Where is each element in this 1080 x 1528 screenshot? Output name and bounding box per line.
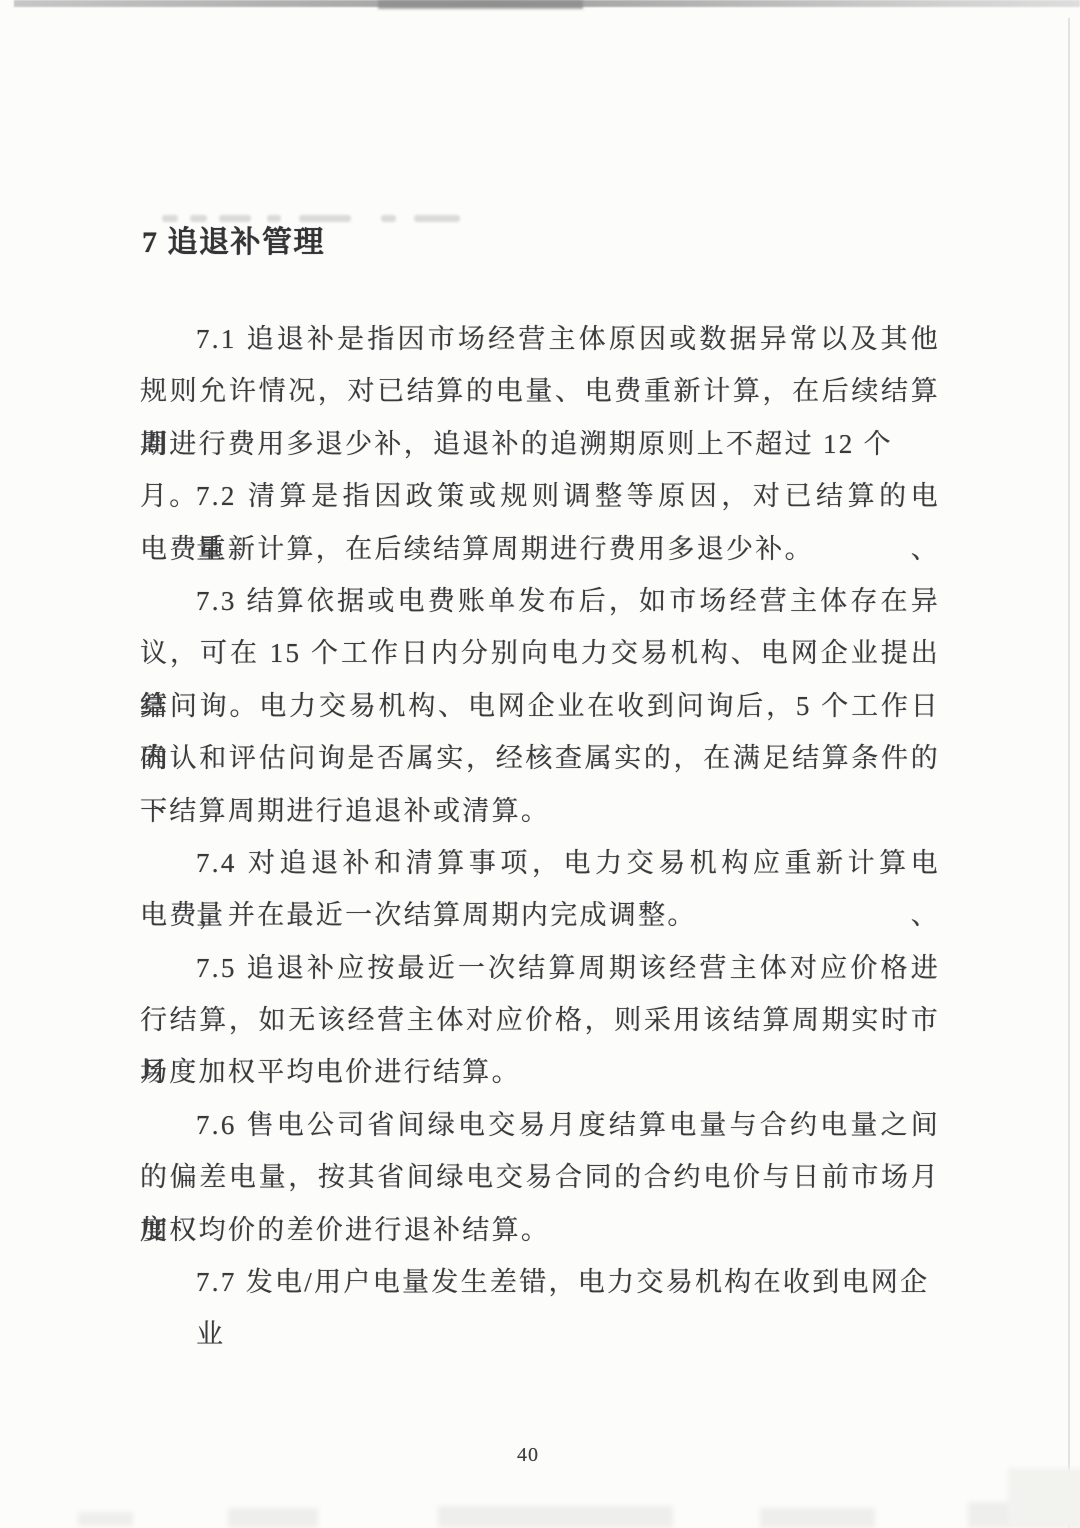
ink-bleed-artifact	[299, 215, 351, 222]
paragraph-7-6: 7.6 售电公司省间绿电交易月度结算电量与合约电量之间 的偏差电量，按其省间绿电…	[140, 1099, 940, 1256]
text-line: 7.4 对追退补和清算事项，电力交易机构应重新计算电量、	[140, 837, 940, 889]
scan-smudge-artifact	[228, 1508, 318, 1528]
text-line: 7.7 发电/用户电量发生差错，电力交易机构在收到电网企业	[140, 1256, 940, 1308]
page-number: 40	[0, 1444, 1056, 1467]
text-line: 算问询。电力交易机构、电网企业在收到问询后，5 个工作日内	[140, 680, 940, 732]
paragraph-7-3: 7.3 结算依据或电费账单发布后，如市场经营主体存在异 议，可在 15 个工作日…	[140, 575, 940, 837]
paragraph-7-7: 7.7 发电/用户电量发生差错，电力交易机构在收到电网企业	[140, 1256, 940, 1308]
text-line: 7.5 追退补应按最近一次结算周期该经营主体对应价格进	[140, 942, 940, 994]
ink-bleed-artifact	[190, 215, 207, 222]
text-line: 确认和评估问询是否属实，经核查属实的，在满足结算条件的下	[140, 732, 940, 784]
paragraph-7-1: 7.1 追退补是指因市场经营主体原因或数据异常以及其他 规则允许情况，对已结算的…	[140, 313, 940, 470]
scan-edge-artifact-right	[1068, 18, 1070, 1528]
scan-edge-artifact-top-dark	[378, 0, 583, 9]
text-line: 的偏差电量，按其省间绿电交易合同的合约电价与日前市场月度	[140, 1151, 940, 1203]
document-body: 7.1 追退补是指因市场经营主体原因或数据异常以及其他 规则允许情况，对已结算的…	[140, 313, 940, 1308]
section-heading: 7 追退补管理	[142, 222, 325, 264]
paragraph-7-2: 7.2 清算是指因政策或规则调整等原因，对已结算的电量、 电费重新计算，在后续结…	[140, 470, 940, 575]
text-line: 7.2 清算是指因政策或规则调整等原因，对已结算的电量、	[140, 470, 940, 522]
text-line: 行结算，如无该经营主体对应价格，则采用该结算周期实时市场	[140, 994, 940, 1046]
text-line: 7.6 售电公司省间绿电交易月度结算电量与合约电量之间	[140, 1099, 940, 1151]
ink-bleed-artifact	[381, 215, 396, 222]
text-line: 期进行费用多退少补，追退补的追溯期原则上不超过 12 个月。	[140, 418, 940, 470]
paragraph-7-4: 7.4 对追退补和清算事项，电力交易机构应重新计算电量、 电费，并在最近一次结算…	[140, 837, 940, 942]
text-line: 议，可在 15 个工作日内分别向电力交易机构、电网企业提出结	[140, 627, 940, 679]
ink-bleed-artifact	[414, 215, 460, 222]
text-line: 7.3 结算依据或电费账单发布后，如市场经营主体存在异	[140, 575, 940, 627]
scan-corner-shade-artifact	[1008, 1468, 1080, 1526]
scan-smudge-artifact	[438, 1506, 673, 1528]
scanned-document-page: 7 追退补管理 7.1 追退补是指因市场经营主体原因或数据异常以及其他 规则允许…	[0, 0, 1080, 1528]
scan-smudge-artifact	[760, 1508, 875, 1528]
scan-smudge-artifact	[78, 1512, 133, 1526]
ink-bleed-artifact	[267, 215, 281, 222]
ink-bleed-artifact	[219, 215, 251, 222]
text-line: 7.1 追退补是指因市场经营主体原因或数据异常以及其他	[140, 313, 940, 365]
text-line: 一结算周期进行追退补或清算。	[140, 785, 940, 837]
text-line: 规则允许情况，对已结算的电量、电费重新计算，在后续结算周	[140, 365, 940, 417]
ink-bleed-artifact	[162, 215, 178, 222]
text-line: 月度加权平均电价进行结算。	[140, 1046, 940, 1098]
text-line: 加权均价的差价进行退补结算。	[140, 1204, 940, 1256]
paragraph-7-5: 7.5 追退补应按最近一次结算周期该经营主体对应价格进 行结算，如无该经营主体对…	[140, 942, 940, 1099]
